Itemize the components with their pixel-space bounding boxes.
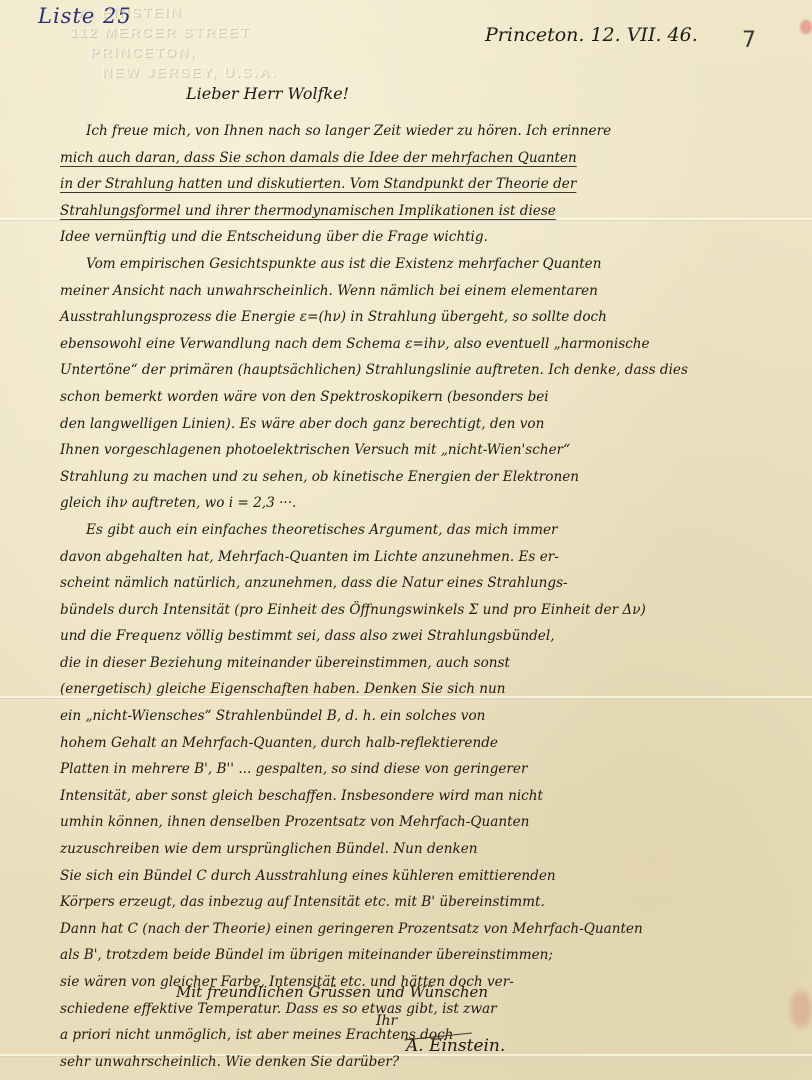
- archive-note: Liste 25: [38, 4, 132, 28]
- letter-line: schon bemerkt worden wäre von den Spektr…: [60, 384, 780, 411]
- letter-line: bündels durch Intensität (pro Einheit de…: [60, 597, 780, 624]
- letter-line-text: schiedene effektive Temperatur. Dass es …: [60, 1001, 497, 1017]
- letter-line-text: gleich ihν auftreten, wo i = 2,3 ···.: [60, 495, 296, 511]
- red-stain: [790, 990, 812, 1028]
- letter-line: umhin können, ihnen denselben Prozentsat…: [60, 809, 780, 836]
- letter-line: gleich ihν auftreten, wo i = 2,3 ···.: [60, 490, 780, 517]
- letter-line-text: ein „nicht-Wiensches“ Strahlenbündel B, …: [60, 708, 485, 724]
- letterhead-city: PRINCETON,: [90, 42, 330, 62]
- letter-line-text: Intensität, aber sonst gleich beschaffen…: [60, 788, 543, 804]
- letter-line: Untertöne“ der primären (hauptsächlichen…: [60, 357, 780, 384]
- letter-line: Körpers erzeugt, das inbezug auf Intensi…: [60, 889, 780, 916]
- letter-line: Es gibt auch ein einfaches theoretisches…: [60, 517, 780, 544]
- letter-line-text: schon bemerkt worden wäre von den Spektr…: [60, 389, 549, 405]
- letter-line: Platten in mehrere B', B'' ... gespalten…: [60, 756, 780, 783]
- letter-line: zuzuschreiben wie dem ursprünglichen Bün…: [60, 836, 780, 863]
- letter-line-text: Strahlungsformel und ihrer thermodynamis…: [60, 203, 556, 219]
- letter-line-text: sehr unwahrscheinlich. Wie denken Sie da…: [60, 1054, 399, 1070]
- salutation: Lieber Herr Wolfke!: [186, 84, 349, 103]
- letter-line: Sie sich ein Bündel C durch Ausstrahlung…: [60, 863, 780, 890]
- letter-line-text: als B', trotzdem beide Bündel im übrigen…: [60, 947, 553, 963]
- letter-line-text: zuzuschreiben wie dem ursprünglichen Bün…: [60, 841, 478, 857]
- letter-line-text: Ich freue mich, von Ihnen nach so langer…: [86, 123, 611, 139]
- letter-line-text: die in dieser Beziehung miteinander über…: [60, 655, 510, 671]
- closing: Mit freundlichen Grüssen und Wünschen: [176, 983, 488, 1001]
- letter-line-text: Dann hat C (nach der Theorie) einen geri…: [60, 921, 643, 937]
- page-number: 7: [742, 28, 756, 53]
- letter-line: Ich freue mich, von Ihnen nach so langer…: [60, 118, 780, 145]
- letter-line: mich auch daran, dass Sie schon damals d…: [60, 145, 780, 172]
- letter-line-text: scheint nämlich natürlich, anzunehmen, d…: [60, 575, 568, 591]
- dateline: Princeton. 12. VII. 46.: [485, 24, 698, 46]
- letter-line-text: (energetisch) gleiche Eigenschaften habe…: [60, 681, 506, 697]
- letter-line-text: hohem Gehalt an Mehrfach-Quanten, durch …: [60, 735, 498, 751]
- letter-line: Strahlungsformel und ihrer thermodynamis…: [60, 198, 780, 225]
- letter-line-text: Vom empirischen Gesichtspunkte aus ist d…: [86, 256, 602, 272]
- letter-line: Strahlung zu machen und zu sehen, ob kin…: [60, 464, 780, 491]
- closing-ihr: Ihr: [376, 1013, 397, 1029]
- letter-line: Ihnen vorgeschlagenen photoelektrischen …: [60, 437, 780, 464]
- letter-line: Ausstrahlungsprozess die Energie ε=(hν) …: [60, 304, 780, 331]
- letter-line-text: Platten in mehrere B', B'' ... gespalten…: [60, 761, 527, 777]
- letter-line: in der Strahlung hatten und diskutierten…: [60, 171, 780, 198]
- letter-line-text: mich auch daran, dass Sie schon damals d…: [60, 150, 577, 166]
- letter-line-text: a priori nicht unmöglich, ist aber meine…: [60, 1027, 453, 1043]
- letter-line-text: Idee vernünftig und die Entscheidung übe…: [60, 229, 488, 245]
- letter-line: und die Frequenz völlig bestimmt sei, da…: [60, 623, 780, 650]
- letter-body: Ich freue mich, von Ihnen nach so langer…: [60, 118, 780, 1075]
- letter-line-text: Körpers erzeugt, das inbezug auf Intensi…: [60, 894, 545, 910]
- letter-line: davon abgehalten hat, Mehrfach-Quanten i…: [60, 544, 780, 571]
- signature: A. Einstein.: [406, 1036, 505, 1056]
- letter-line: den langwelligen Linien). Es wäre aber d…: [60, 411, 780, 438]
- letter-line-text: den langwelligen Linien). Es wäre aber d…: [60, 416, 544, 432]
- letter-line-text: meiner Ansicht nach unwahrscheinlich. We…: [60, 283, 598, 299]
- letter-line-text: davon abgehalten hat, Mehrfach-Quanten i…: [60, 549, 559, 565]
- letter-line: als B', trotzdem beide Bündel im übrigen…: [60, 942, 780, 969]
- letter-line-text: in der Strahlung hatten und diskutierten…: [60, 176, 576, 192]
- letter-line: Idee vernünftig und die Entscheidung übe…: [60, 224, 780, 251]
- letter-line: die in dieser Beziehung miteinander über…: [60, 650, 780, 677]
- letter-line-text: Ihnen vorgeschlagenen photoelektrischen …: [60, 442, 570, 458]
- letter-line: Intensität, aber sonst gleich beschaffen…: [60, 783, 780, 810]
- letter-line: ein „nicht-Wiensches“ Strahlenbündel B, …: [60, 703, 780, 730]
- red-stain: [800, 20, 812, 34]
- letter-line-text: Ausstrahlungsprozess die Energie ε=(hν) …: [60, 309, 607, 325]
- letter-line: (energetisch) gleiche Eigenschaften habe…: [60, 676, 780, 703]
- letter-line-text: Sie sich ein Bündel C durch Ausstrahlung…: [60, 868, 556, 884]
- letter-line: Dann hat C (nach der Theorie) einen geri…: [60, 916, 780, 943]
- letter-line-text: Untertöne“ der primären (hauptsächlichen…: [60, 362, 688, 378]
- letter-line: meiner Ansicht nach unwahrscheinlich. We…: [60, 278, 780, 305]
- letter-line-text: bündels durch Intensität (pro Einheit de…: [60, 602, 646, 618]
- letterhead-state: NEW JERSEY, U.S.A.: [102, 62, 330, 82]
- letter-line-text: ebensowohl eine Verwandlung nach dem Sch…: [60, 336, 650, 352]
- letter-line: scheint nämlich natürlich, anzunehmen, d…: [60, 570, 780, 597]
- letter-line: hohem Gehalt an Mehrfach-Quanten, durch …: [60, 730, 780, 757]
- letter-line-text: Es gibt auch ein einfaches theoretisches…: [86, 522, 558, 538]
- letter-line: Vom empirischen Gesichtspunkte aus ist d…: [60, 251, 780, 278]
- letter-line-text: und die Frequenz völlig bestimmt sei, da…: [60, 628, 555, 644]
- letter-line-text: umhin können, ihnen denselben Prozentsat…: [60, 814, 529, 830]
- letter-line: ebensowohl eine Verwandlung nach dem Sch…: [60, 331, 780, 358]
- letter-line-text: Strahlung zu machen und zu sehen, ob kin…: [60, 469, 579, 485]
